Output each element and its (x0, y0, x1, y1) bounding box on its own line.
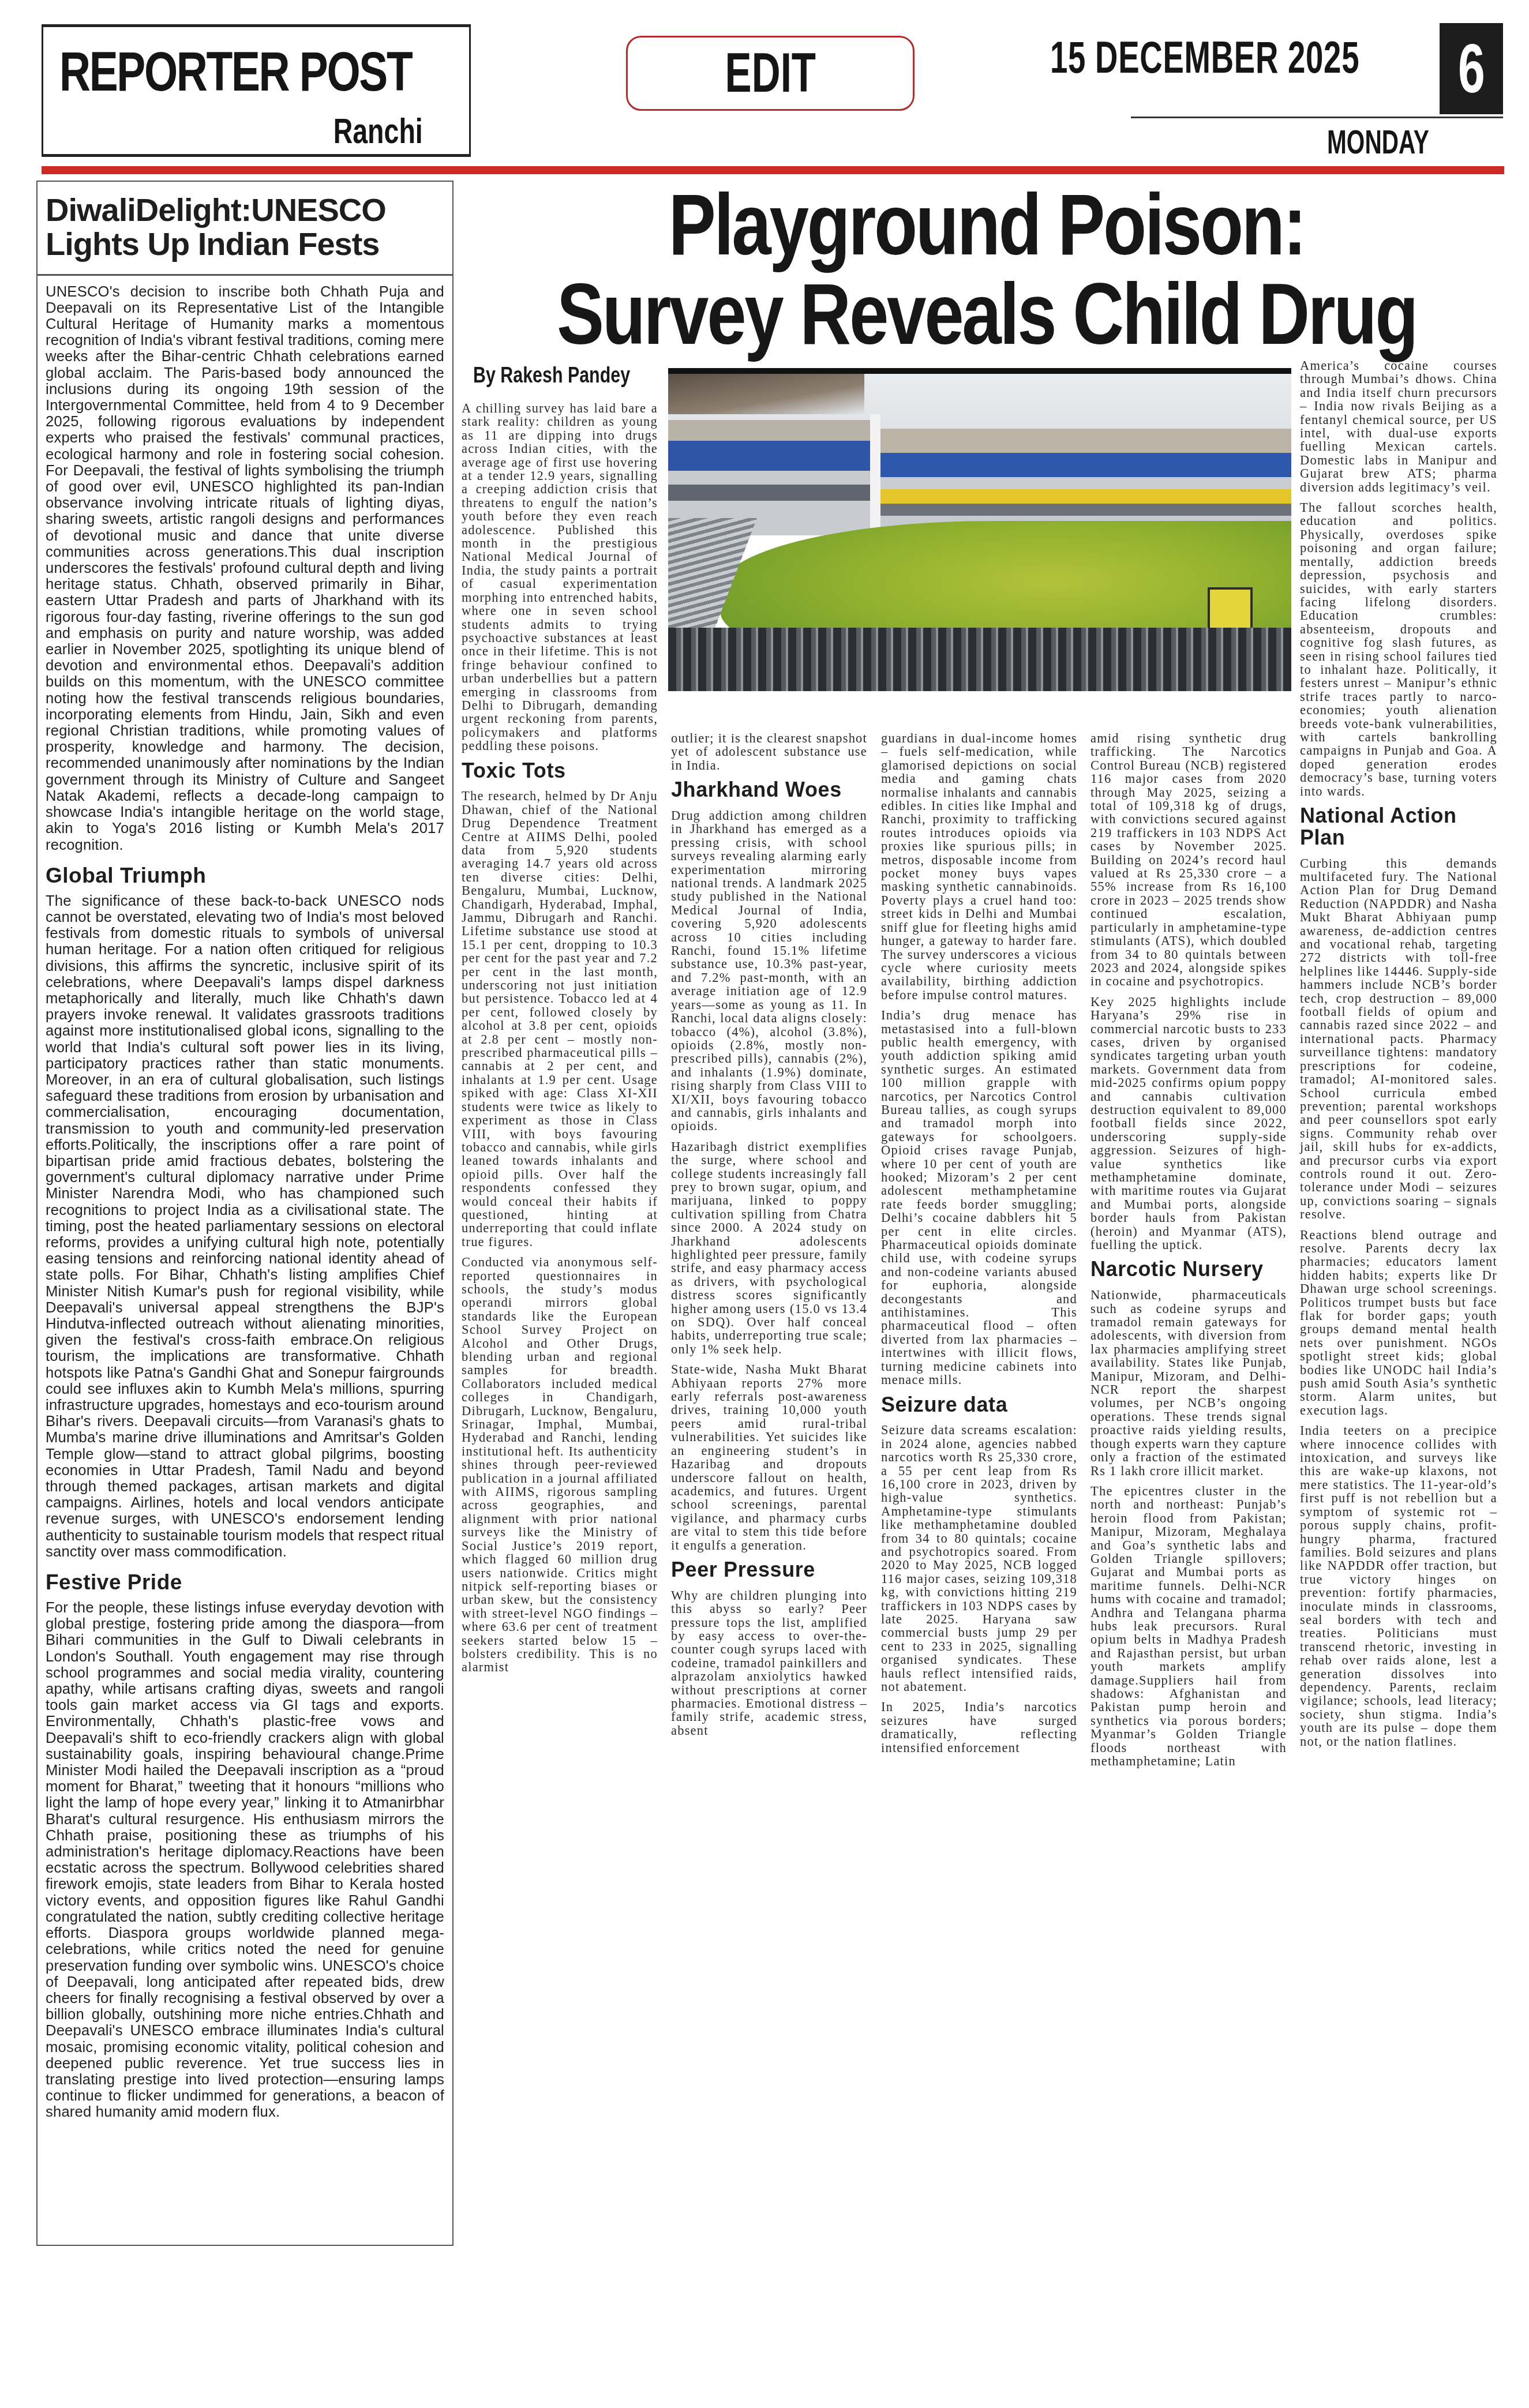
issue-date: 15 DECEMBER 2025 (1050, 35, 1359, 80)
article-paragraph: State-wide, Nasha Mukt Bharat Abhiyaan r… (671, 1363, 867, 1552)
page-number: 6 (1458, 34, 1485, 103)
article-subheading: Seizure data (881, 1394, 1077, 1416)
byline: By Rakesh Pandey (473, 363, 630, 388)
newspaper-title: REPORTER POST (59, 44, 411, 100)
article-paragraph: India teeters on a precipice where innoc… (1300, 1424, 1497, 1748)
edition-city: Ranchi (333, 114, 423, 149)
article-paragraph: India’s drug menace has metastasised int… (881, 1008, 1077, 1386)
sidebar-body: UNESCO's decision to inscribe both Chhat… (38, 276, 452, 2121)
article-paragraph: The research, helmed by Dr Anju Dhawan, … (462, 789, 658, 1248)
article-column-2: outlier; it is the clearest snapshot yet… (671, 732, 867, 1744)
article-subheading: National Action Plan (1300, 805, 1497, 849)
article-paragraph: outlier; it is the clearest snapshot yet… (671, 732, 867, 772)
section-label: EDIT (725, 46, 815, 101)
sidebar-paragraph: The significance of these back-to-back U… (46, 893, 444, 1560)
photo-pitch-roller (1208, 587, 1253, 633)
article-paragraph: guardians in dual-income homes – fuels s… (881, 732, 1077, 1002)
masthead: REPORTER POST Ranchi EDIT 15 DECEMBER 20… (0, 0, 1529, 173)
article-paragraph: In 2025, India’s narcotics seizures have… (881, 1700, 1077, 1754)
article-paragraph: Drug addiction among children in Jharkha… (671, 809, 867, 1133)
article-paragraph: Conducted via anonymous self-reported qu… (462, 1255, 658, 1674)
article-paragraph: America’s cocaine courses through Mumbai… (1300, 359, 1497, 494)
sidebar-subheading: Global Triumph (46, 865, 444, 886)
sidebar-headline-box: DiwaliDelight:UNESCO Lights Up Indian Fe… (38, 182, 452, 276)
article-column-5: America’s cocaine courses through Mumbai… (1300, 359, 1497, 1755)
article-column-4: amid rising synthetic drug trafficking. … (1090, 732, 1287, 1775)
article-paragraph: Hazaribagh district exemplifies the surg… (671, 1140, 867, 1356)
article-paragraph: Seizure data screams escalation: in 2024… (881, 1423, 1077, 1693)
date-divider (1131, 117, 1503, 118)
article-subheading: Narcotic Nursery (1090, 1258, 1287, 1280)
article-subheading: Jharkhand Woes (671, 779, 867, 801)
brand-box: REPORTER POST Ranchi (42, 24, 471, 157)
section-label-box: EDIT (626, 36, 915, 111)
article-paragraph: The epicentres cluster in the north and … (1090, 1484, 1287, 1768)
issue-weekday: MONDAY (1327, 126, 1429, 159)
article-paragraph: Reactions blend outrage and resolve. Par… (1300, 1228, 1497, 1417)
article-paragraph: amid rising synthetic drug trafficking. … (1090, 732, 1287, 988)
stadium-photo (668, 368, 1291, 691)
sidebar-intro-paragraph: UNESCO's decision to inscribe both Chhat… (46, 284, 444, 853)
sidebar-headline: DiwaliDelight:UNESCO Lights Up Indian Fe… (46, 193, 447, 261)
page-number-badge: 6 (1440, 23, 1503, 114)
sidebar-article: DiwaliDelight:UNESCO Lights Up Indian Fe… (36, 181, 454, 2246)
article-paragraph: The fallout scorches health, education a… (1300, 501, 1497, 798)
article-paragraph: Key 2025 highlights include Haryana’s 29… (1090, 995, 1287, 1252)
article-paragraph: Nationwide, pharmaceuticals such as code… (1090, 1288, 1287, 1477)
masthead-red-rule (42, 166, 1504, 174)
photo-roof (668, 374, 864, 414)
article-paragraph: Curbing this demands multifaceted fury. … (1300, 857, 1497, 1221)
sidebar-paragraph: For the people, these listings infuse ev… (46, 1600, 444, 2121)
article-subheading: Peer Pressure (671, 1559, 867, 1581)
photo-front-seats (668, 628, 1291, 691)
article-column-1: A chilling survey has laid bare a stark … (462, 402, 658, 1681)
sidebar-subheading: Festive Pride (46, 1571, 444, 1593)
article-paragraph: A chilling survey has laid bare a stark … (462, 402, 658, 753)
article-paragraph: Why are children plunging into this abys… (671, 1589, 867, 1737)
article-subheading: Toxic Tots (462, 760, 658, 782)
article-column-3: guardians in dual-income homes – fuels s… (881, 732, 1077, 1761)
